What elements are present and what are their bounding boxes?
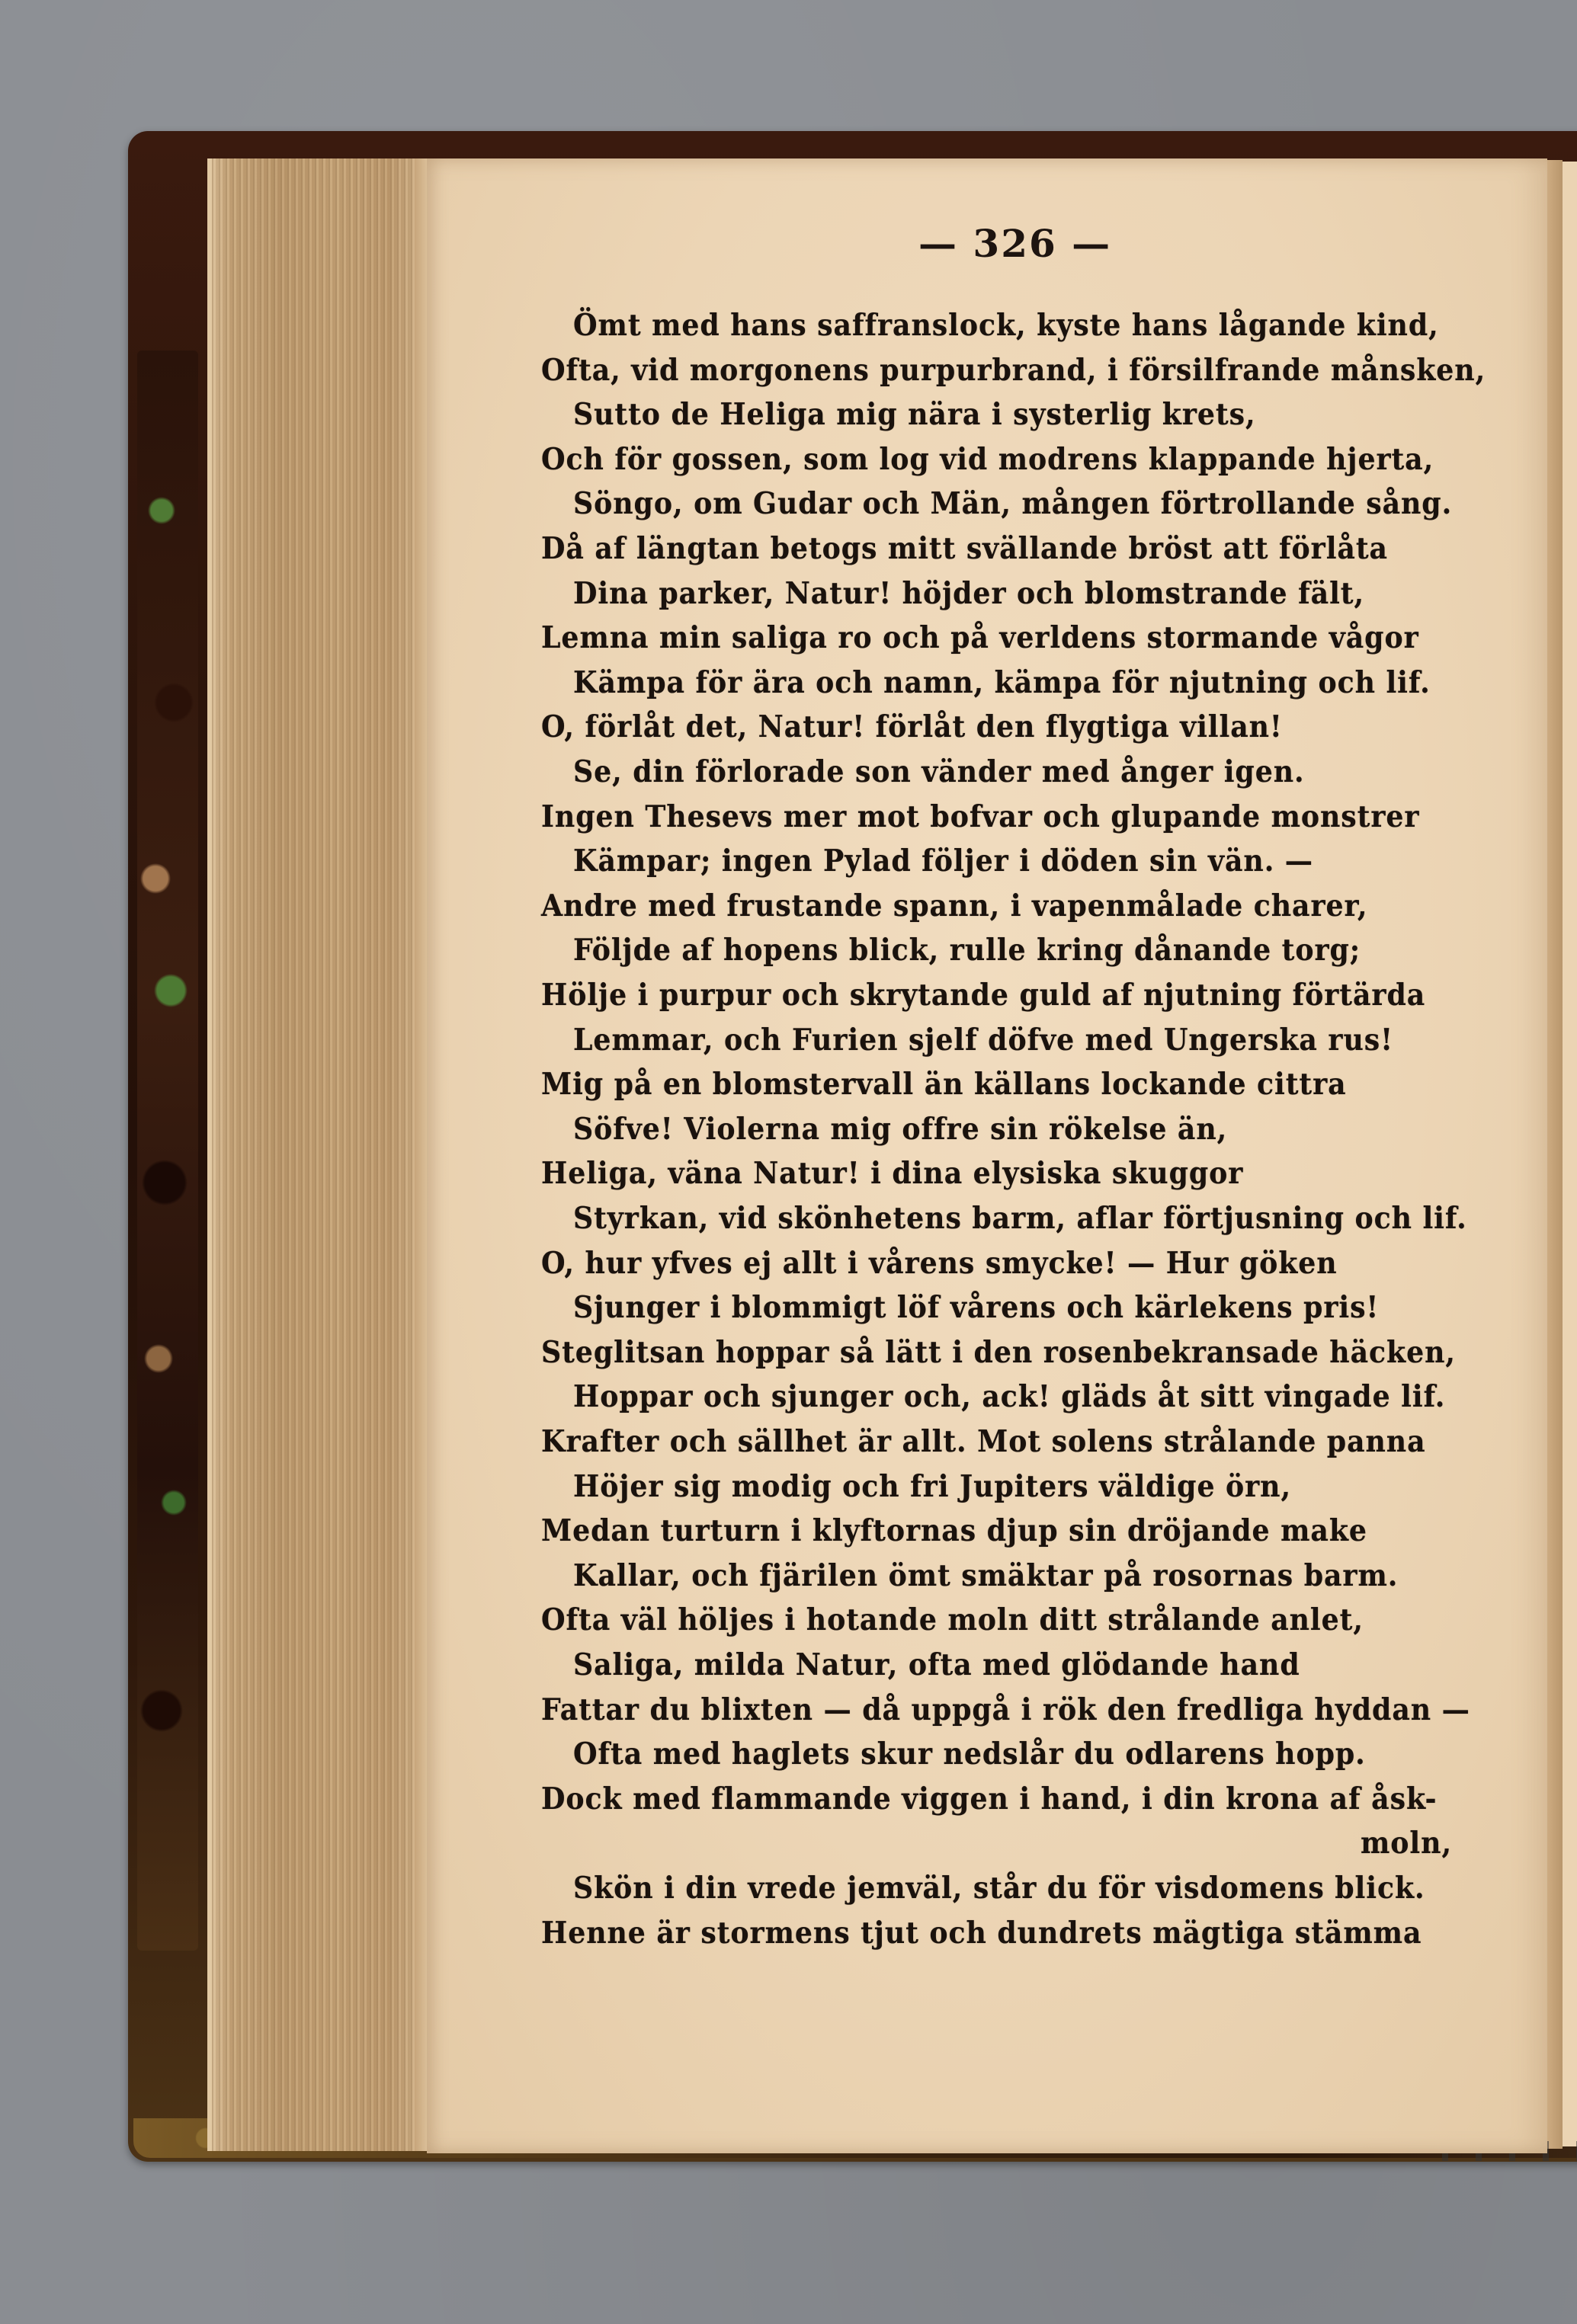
poem-line: O, förlåt det, Natur! förlåt den flygtig… bbox=[541, 709, 1283, 744]
poem-line: Hoppar och sjunger och, ack! gläds åt si… bbox=[573, 1379, 1445, 1414]
poem-line: Saliga, milda Natur, ofta med glödande h… bbox=[573, 1647, 1300, 1682]
poem-line: Dock med flammande viggen i hand, i din … bbox=[541, 1781, 1438, 1817]
poem-line: Följde af hopens blick, rulle kring dåna… bbox=[573, 933, 1361, 968]
poem-line: Kämpar; ingen Pylad följer i döden sin v… bbox=[573, 843, 1313, 879]
poem-line: Sjunger i blommigt löf vårens och kärlek… bbox=[573, 1290, 1379, 1325]
poem-line: Dina parker, Natur! höjder och blomstran… bbox=[573, 576, 1364, 611]
poem-line: Krafter och sällhet är allt. Mot solens … bbox=[541, 1424, 1426, 1459]
poem-line: Ofta väl höljes i hotande moln ditt strå… bbox=[541, 1602, 1364, 1637]
poem-line: Medan turturn i klyftornas djup sin dröj… bbox=[541, 1513, 1367, 1548]
poem-body: Ömt med hans saffranslock, kyste hans lå… bbox=[0, 0, 1577, 2324]
poem-line: Söngo, om Gudar och Män, mången förtroll… bbox=[573, 486, 1452, 521]
poem-line: Mig på en blomstervall än källans lockan… bbox=[541, 1067, 1347, 1102]
poem-line: Söfve! Violerna mig offre sin rökelse än… bbox=[573, 1112, 1227, 1147]
poem-line: Kämpa för ära och namn, kämpa för njutni… bbox=[573, 665, 1431, 700]
poem-line: Henne är stormens tjut och dundrets mägt… bbox=[541, 1916, 1422, 1951]
poem-line: Då af längtan betogs mitt svällande brös… bbox=[541, 531, 1388, 566]
poem-line: O, hur yfves ej allt i vårens smycke! — … bbox=[541, 1246, 1338, 1281]
poem-line: Skön i din vrede jemväl, står du för vis… bbox=[573, 1871, 1425, 1906]
poem-line: moln, bbox=[1361, 1826, 1452, 1861]
poem-line: Lemmar, och Furien sjelf döfve med Unger… bbox=[573, 1023, 1393, 1058]
poem-line: Sutto de Heliga mig nära i systerlig kre… bbox=[573, 397, 1256, 432]
poem-line: Ömt med hans saffranslock, kyste hans lå… bbox=[573, 308, 1439, 343]
poem-line: Lemna min saliga ro och på verldens stor… bbox=[541, 620, 1419, 655]
poem-line: Kallar, och fjärilen ömt smäktar på roso… bbox=[573, 1558, 1398, 1593]
poem-line: Ingen Thesevs mer mot bofvar och glupand… bbox=[541, 799, 1419, 834]
poem-line: Styrkan, vid skönhetens barm, aflar fört… bbox=[573, 1201, 1467, 1236]
poem-line: Höjer sig modig och fri Jupiters väldige… bbox=[573, 1469, 1291, 1504]
poem-line: Se, din förlorade son vänder med ånger i… bbox=[573, 754, 1305, 789]
poem-line: Heliga, väna Natur! i dina elysiska skug… bbox=[541, 1156, 1243, 1191]
poem-line: Ofta med haglets skur nedslår du odlaren… bbox=[573, 1737, 1366, 1772]
poem-line: Och för gossen, som log vid modrens klap… bbox=[541, 442, 1434, 477]
poem-line: Andre med frustande spann, i vapenmålade… bbox=[541, 888, 1367, 924]
poem-line: Fattar du blixten — då uppgå i rök den f… bbox=[541, 1692, 1470, 1727]
poem-line: Ofta, vid morgonens purpurbrand, i försi… bbox=[541, 353, 1486, 388]
poem-line: Steglitsan hoppar så lätt i den rosenbek… bbox=[541, 1335, 1456, 1370]
poem-line: Hölje i purpur och skrytande guld af nju… bbox=[541, 978, 1425, 1013]
